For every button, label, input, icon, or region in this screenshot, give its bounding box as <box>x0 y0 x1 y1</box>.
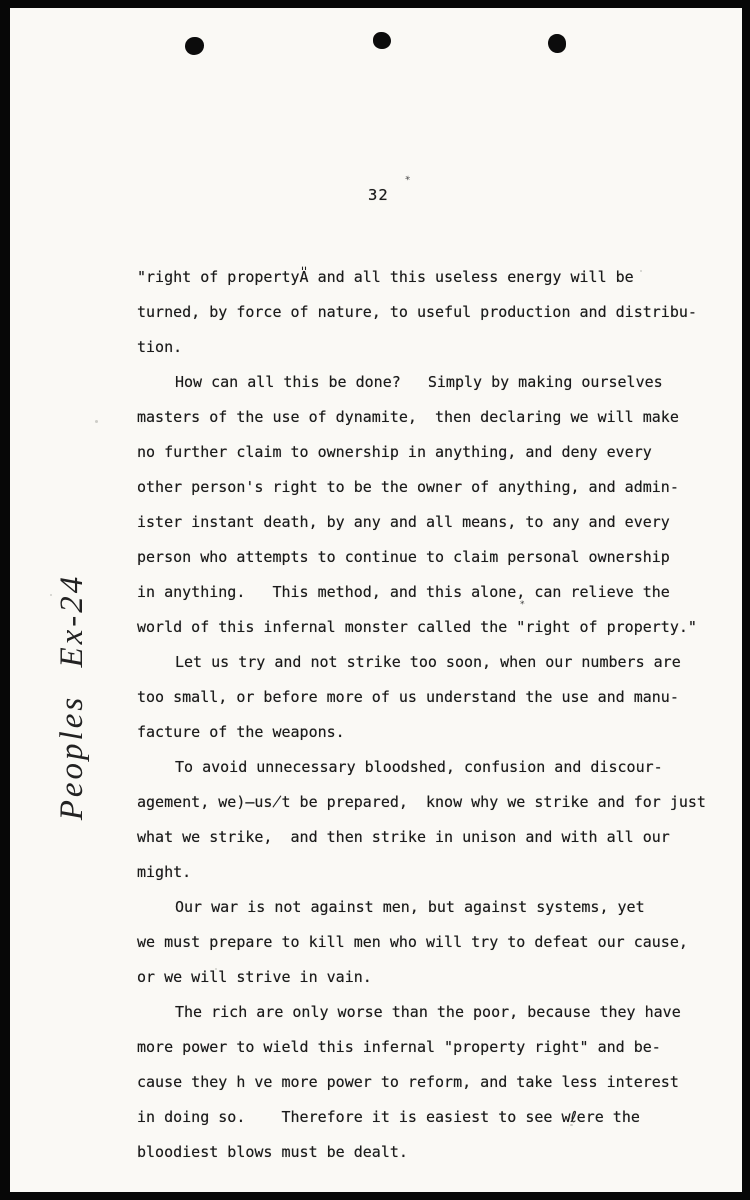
paper-page: * 32 * Peoples Ex-24 "right of propertyA… <box>10 8 742 1192</box>
typed-line: agement, we)̶us̸t be prepared, know why … <box>137 785 723 820</box>
typed-line: ister instant death, by any and all mean… <box>137 505 723 540</box>
punch-dot <box>185 37 204 55</box>
typed-line: turned, by force of nature, to useful pr… <box>137 295 723 330</box>
typed-line: no further claim to ownership in anythin… <box>137 435 723 470</box>
typed-line: Our war is not against men, but against … <box>137 890 723 925</box>
typed-line: or we will strive in vain. <box>137 960 723 995</box>
scanned-document: * 32 * Peoples Ex-24 "right of propertyA… <box>0 0 750 1200</box>
typed-line: facture of the weapons. <box>137 715 723 750</box>
typed-line: other person's right to be the owner of … <box>137 470 723 505</box>
typed-line: in doing so. Therefore it is easiest to … <box>137 1100 723 1135</box>
stray-ink-mark: * <box>403 175 411 186</box>
typed-line: How can all this be done? Simply by maki… <box>137 365 723 400</box>
typed-line: tion. <box>137 330 723 365</box>
scan-speck <box>640 270 642 272</box>
typed-line: more power to wield this infernal "prope… <box>137 1030 723 1065</box>
punch-dot <box>548 34 566 53</box>
typed-line: To avoid unnecessary bloodshed, confusio… <box>137 750 723 785</box>
typed-line: cause they h ve more power to reform, an… <box>137 1065 723 1100</box>
typed-line: in anything. This method, and this alone… <box>137 575 723 610</box>
typed-line: Let us try and not strike too soon, when… <box>137 645 723 680</box>
typed-line: we must prepare to kill men who will try… <box>137 925 723 960</box>
scan-speck <box>570 1124 573 1126</box>
typed-body: "right of propertyA̎ and all this useles… <box>137 260 723 1170</box>
typed-line: bloodiest blows must be dealt. <box>137 1135 723 1170</box>
typed-line: might. <box>137 855 723 890</box>
punch-dot <box>373 32 391 49</box>
page-number: 32 <box>368 186 389 204</box>
handwritten-exhibit-annotation: Peoples Ex-24 <box>52 547 92 847</box>
typed-line: what we strike, and then strike in uniso… <box>137 820 723 855</box>
typed-line: too small, or before more of us understa… <box>137 680 723 715</box>
typed-line: "right of propertyA̎ and all this useles… <box>137 260 723 295</box>
typed-line: The rich are only worse than the poor, b… <box>137 995 723 1030</box>
typed-line: person who attempts to continue to claim… <box>137 540 723 575</box>
typed-line: world of this infernal monster called th… <box>137 610 723 645</box>
scan-speck <box>50 594 52 596</box>
scan-speck <box>95 420 98 423</box>
typed-line: masters of the use of dynamite, then dec… <box>137 400 723 435</box>
scan-speck <box>215 968 217 970</box>
